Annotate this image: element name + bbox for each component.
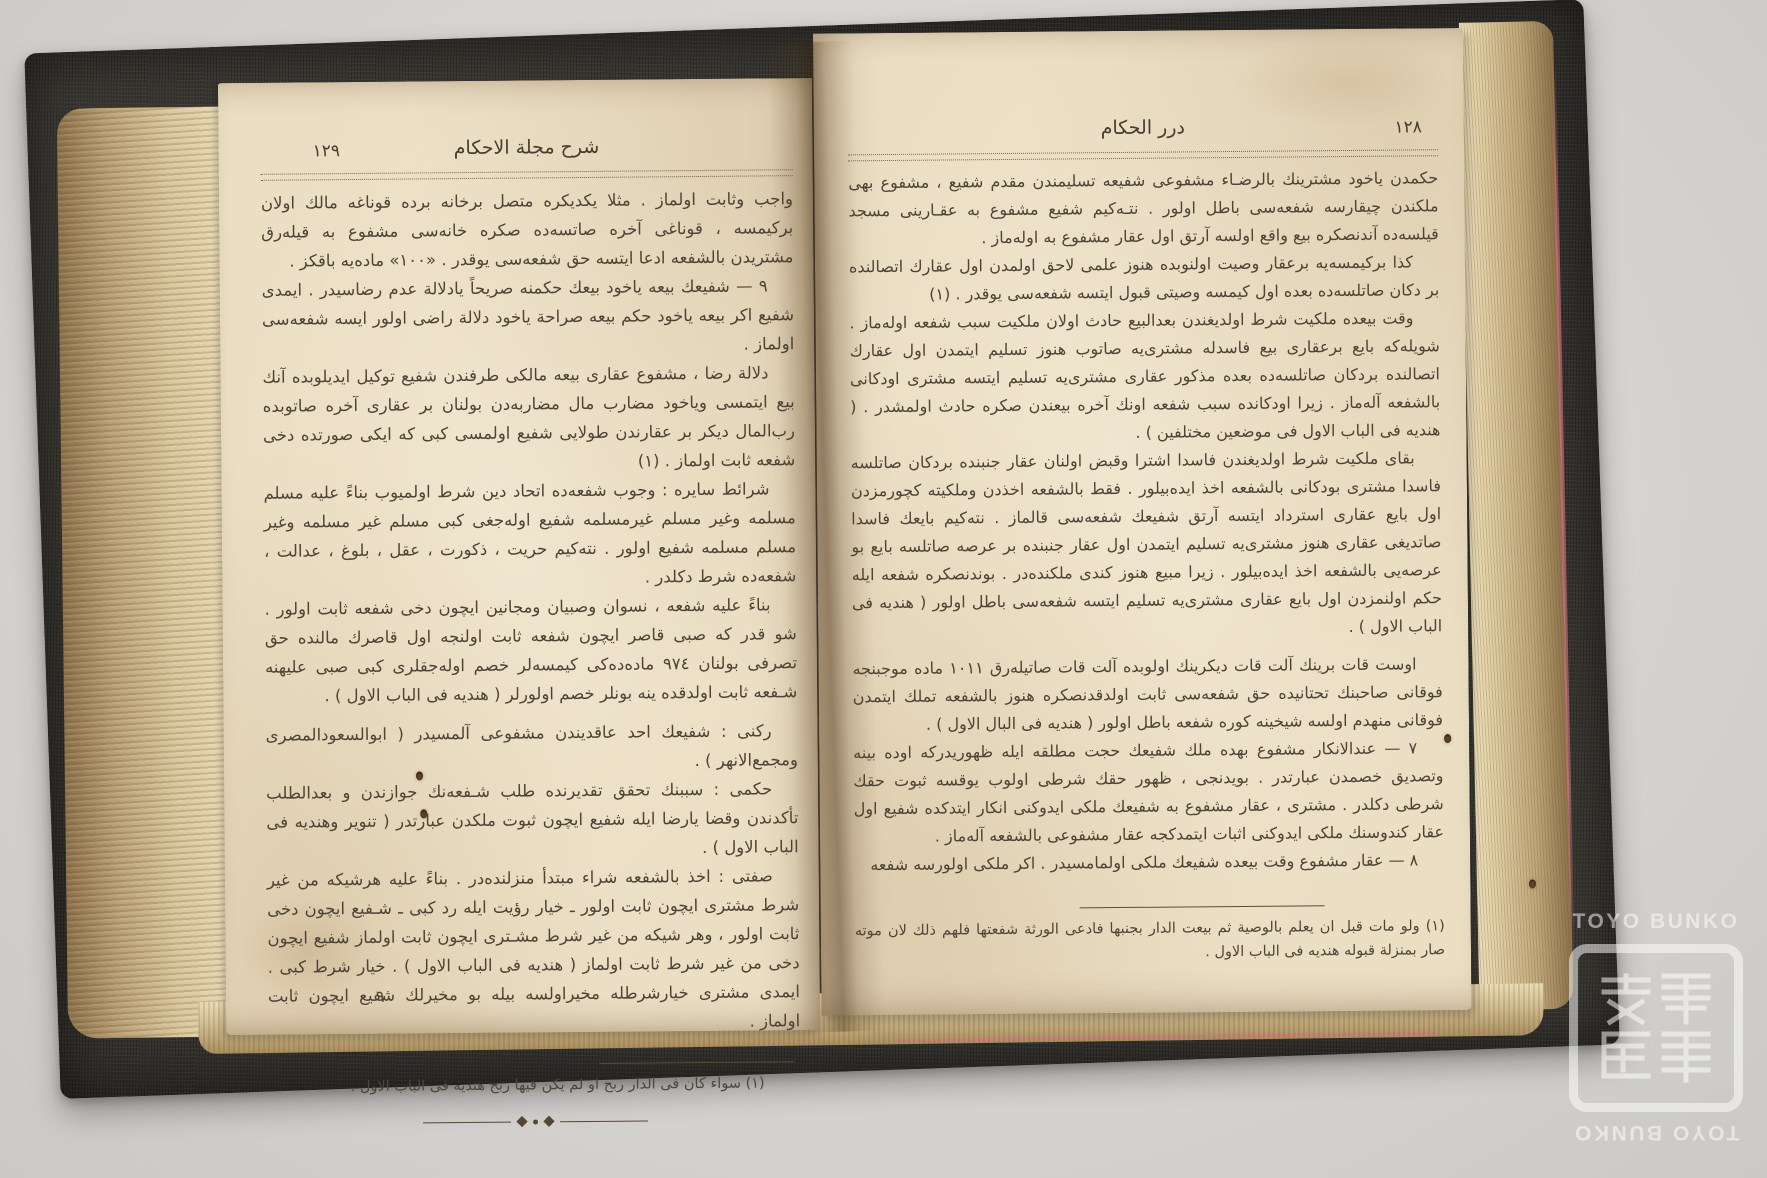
paragraph: بناءً عليه شفعه ، نسوان وصبيان ومجانين ا… — [264, 590, 797, 711]
paragraph: واجب وثابت اولماز . مثلا يكديكره متصل بر… — [261, 184, 794, 276]
page-title: شرح مجلة الاحكام — [260, 134, 792, 161]
paragraph: وقت بيعده ملكيت شرط اولديغندن بعدالبيع ح… — [849, 304, 1440, 449]
worm-hole — [1529, 879, 1536, 888]
paragraph: كذا بركيمسه‌يه برعقار وصيت اولنوبده هنوز… — [849, 248, 1439, 309]
open-book: شرح مجلة الاحكام ١٢٩ واجب وثابت اولماز .… — [24, 0, 1620, 1099]
page-number: ١٢٨ — [1394, 117, 1422, 137]
fore-edge-page-stack-left — [57, 107, 238, 1039]
header-rule — [261, 169, 793, 181]
worm-hole — [420, 809, 427, 818]
watermark-text: TOYO BUNKO — [1549, 910, 1763, 934]
paragraph: شرائط سايره : وجوب شفعه‌ده اتحاد دين شرط… — [263, 474, 796, 595]
page-header: شرح مجلة الاحكام ١٢٩ — [260, 134, 792, 171]
ornament-line — [423, 1121, 511, 1123]
left-page: شرح مجلة الاحكام ١٢٩ واجب وثابت اولماز .… — [218, 78, 820, 1035]
footnote-block: (١) ولو مات قبل ان يعلم بالوصية ثم بيعت … — [855, 904, 1445, 967]
page-body: واجب وثابت اولماز . مثلا يكديكره متصل بر… — [261, 184, 800, 1040]
footnote-separator — [1080, 905, 1325, 908]
toyo-bunko-watermark: TOYO BUNKO TOYO BUNKO — [1549, 910, 1763, 1144]
watermark-text-flipped: TOYO BUNKO — [1549, 1120, 1763, 1144]
paragraph: ٨ — عقار مشفوع وقت بيعده شفيعك ملكى اولم… — [854, 846, 1444, 879]
right-page: درر الحكام ١٢٨ حكمدن ياخود مشترينك بالرض… — [813, 28, 1472, 1016]
paragraph: اوست قات برينك آلت قات ديكرينك اولوبده آ… — [852, 650, 1443, 739]
paragraph: حكمدن ياخود مشترينك بالرضـاء مشفوعى شفيع… — [848, 164, 1439, 253]
worm-hole — [1444, 734, 1451, 743]
paragraph: دلالة رضا ، مشفوع عقارى بيعه مالكى طرفند… — [262, 358, 795, 479]
seal-glyphs-icon — [1596, 970, 1716, 1086]
footnote: (١) سواء كان فى الدار ربح او لم يكن فيها… — [269, 1071, 801, 1100]
left-page-content: شرح مجلة الاحكام ١٢٩ واجب وثابت اولماز .… — [218, 78, 820, 1035]
paragraph: حكمى : سببنك تحقق تقديرنده طلب شـفعه‌نك … — [266, 774, 799, 866]
footnote: (١) ولو مات قبل ان يعلم بالوصية ثم بيعت … — [855, 914, 1445, 967]
signature-mark: ٩ — [376, 987, 385, 1006]
ornament-line — [560, 1120, 648, 1122]
paragraph: ركنى : شفيعك احد عاقديندن مشفوعى آلمسيدر… — [266, 716, 798, 779]
paragraph: بقاى ملكيت شرط اولديغندن فاسدا اشترا وقب… — [851, 444, 1443, 645]
page-number: ١٢٩ — [312, 141, 340, 161]
paragraph: صفتى : اخذ بالشفعه شراء مبتدأ منزلنده‌در… — [267, 861, 800, 1040]
section-divider-ornament — [269, 1115, 801, 1128]
page-title: درر الحكام — [848, 114, 1438, 141]
worm-hole — [416, 771, 423, 780]
page-header: درر الحكام ١٢٨ — [848, 114, 1438, 151]
page-body: حكمدن ياخود مشترينك بالرضـاء مشفوعى شفيع… — [848, 164, 1444, 879]
diamond-ornament-icon — [543, 1116, 554, 1127]
header-rule — [848, 149, 1438, 161]
fore-edge-page-stack-right — [1459, 21, 1574, 1011]
right-page-content: درر الحكام ١٢٨ حكمدن ياخود مشترينك بالرض… — [813, 28, 1472, 1016]
paragraph: ٩ — شفيعك بيعه ياخود بيعك حكمنه صريحاً ي… — [262, 271, 795, 363]
footnote-block: (١) سواء كان فى الدار ربح او لم يكن فيها… — [269, 1061, 801, 1100]
library-seal-stamp — [1569, 944, 1743, 1112]
dot-ornament-icon — [532, 1119, 537, 1124]
diamond-ornament-icon — [516, 1116, 527, 1127]
paragraph: ٧ — عندالانكار مشفوع بهده ملك شفيعك حجت … — [853, 734, 1444, 851]
